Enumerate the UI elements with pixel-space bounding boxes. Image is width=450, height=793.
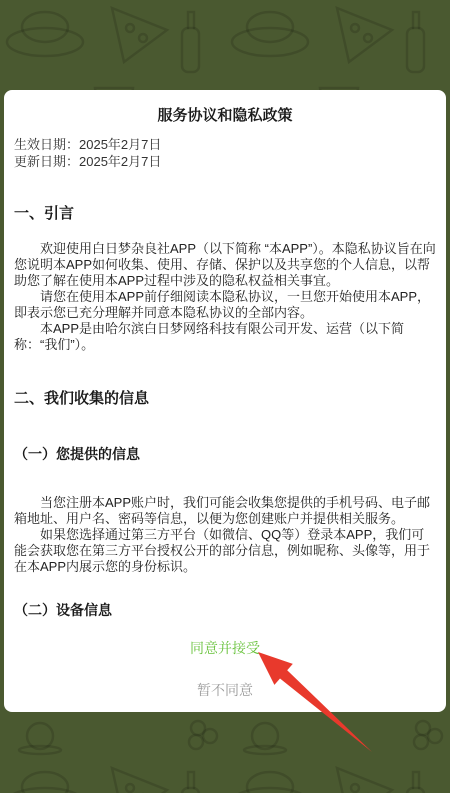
dialog-title: 服务协议和隐私政策 <box>14 106 436 126</box>
section-1-paragraph-2: 请您在使用本APP前仔细阅读本隐私协议，一旦您开始使用本APP，即表示您已充分理… <box>14 289 436 321</box>
effective-date: 生效日期：2025年2月7日 <box>14 136 436 153</box>
section-1-paragraph-1: 欢迎使用白日梦杂良社APP（以下简称 “本APP”）。本隐私协议旨在向您说明本A… <box>14 241 436 289</box>
updated-date: 更新日期：2025年2月7日 <box>14 153 436 170</box>
section-2-1-paragraph-2: 如果您选择通过第三方平台（如微信、QQ等）登录本APP，我们可能会获取您在第三方… <box>14 527 436 575</box>
section-2-heading: 二、我们收集的信息 <box>14 389 436 409</box>
section-1-paragraph-3: 本APP是由哈尔滨白日梦网络科技有限公司开发、运营（以下简称：“我们”）。 <box>14 321 436 353</box>
privacy-policy-dialog: 服务协议和隐私政策 生效日期：2025年2月7日 更新日期：2025年2月7日 … <box>4 90 446 712</box>
date-block: 生效日期：2025年2月7日 更新日期：2025年2月7日 <box>14 136 436 170</box>
agree-accept-button[interactable]: 同意并接受 <box>4 640 446 656</box>
section-2-1-paragraph-1: 当您注册本APP账户时，我们可能会收集您提供的手机号码、电子邮箱地址、用户名、密… <box>14 495 436 527</box>
agreement-scroll-area[interactable]: 服务协议和隐私政策 生效日期：2025年2月7日 更新日期：2025年2月7日 … <box>4 90 446 620</box>
section-2-2-heading: （二）设备信息 <box>14 601 436 619</box>
decline-button[interactable]: 暂不同意 <box>4 682 446 698</box>
section-2-1-heading: （一）您提供的信息 <box>14 445 436 463</box>
section-1-heading: 一、引言 <box>14 204 436 224</box>
